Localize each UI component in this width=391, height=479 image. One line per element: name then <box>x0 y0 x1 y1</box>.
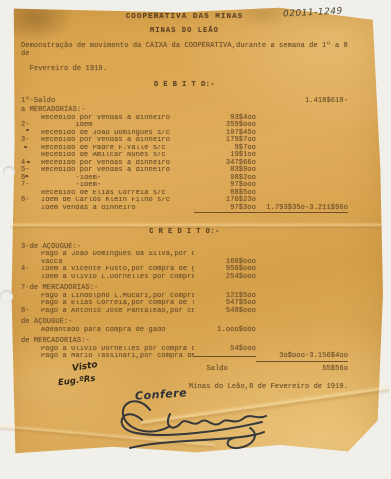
saldo-final-value: 55$56o <box>256 366 348 374</box>
entry-description: Idem de Carlos Klein Filho s/c <box>41 197 194 205</box>
entry-total: 1.793$35o-3.211$96o <box>256 205 348 214</box>
entry-description: Pago a Elias Correia,por compra de lenha <box>41 300 194 308</box>
entry-value: 548$ooo <box>194 308 256 316</box>
ledger-row: Pago a João Domingues da Silva,por compr… <box>21 251 348 259</box>
ledger-row: Saldo55$56o <box>21 366 348 374</box>
ledger-row: 5-Recebido por vendas a dinheiro83$9oo <box>21 167 348 175</box>
statement-intro: Demonstração de movimento da CAIXA da CO… <box>21 43 348 73</box>
ledger-row: de AÇOUGUE:- <box>21 319 348 327</box>
entry-description: Recebido por vendas a dinheiro <box>41 137 194 145</box>
ledger-row: vacca160$ooo <box>21 259 348 267</box>
day-label: 3- <box>21 137 41 145</box>
entry-description: Recebido por vendas a dinheiro <box>41 167 194 175</box>
entry-description: Pago a Mario Tassinari,por compra de fei… <box>41 353 194 361</box>
credit-title: C R E D I T O:- <box>21 229 348 237</box>
ledger-row: 2- idem359$ooo <box>21 122 348 130</box>
debit-title: D E B I T O:- <box>21 82 348 90</box>
debit-entries: a MERCADORIAS:-Recebido por vendas a din… <box>21 107 348 213</box>
saldo-label: 1º-Saldo <box>21 98 194 106</box>
entry-description: -idem- <box>41 182 194 190</box>
ledger-row: Recebido de Elias Correia s/c88$5oo <box>21 190 348 198</box>
ledger-row: 3-de AÇOUGUE:- <box>21 244 348 252</box>
saldo-row: 1º-Saldo 1.418$618- <box>21 98 348 106</box>
entry-description: Pago a Antonio José Pantaleão,por compra… <box>41 308 194 316</box>
entry-description: Recebido por vendas a dinheiro <box>41 160 194 168</box>
ledger-row: Pago a Lindolpho L.Mucari,por compra de … <box>21 293 348 301</box>
entry-value: 54$ooo <box>194 346 256 354</box>
section-label: 7-de MERCADORIAS:- <box>21 285 194 293</box>
entry-description: -idem- <box>41 175 194 183</box>
entry-description: Pago a Lindolpho L.Mucari,por compra de … <box>41 293 194 301</box>
ledger-row: de MERCADORIAS:- <box>21 338 348 346</box>
ledger-row: 8-Pago a Antonio José Pantaleão,por comp… <box>21 308 348 316</box>
signature-flourish <box>108 390 288 465</box>
ledger-row: Pago a Mario Tassinari,por compra de fei… <box>21 353 348 362</box>
section-label: a MERCADORIAS:- <box>21 107 194 115</box>
entry-value <box>194 356 256 357</box>
intro-line1: Demonstração de movimento da CAIXA da CO… <box>21 42 352 58</box>
ledger-row: 4-Recebido por vendas a dinheiro347$66o <box>21 160 348 168</box>
scanned-ledger-page: { "ref_number": "02011-1249", "header": … <box>0 0 391 479</box>
day-label: 4- <box>21 266 41 274</box>
ledger-row: Idem a Olivio L.Dornelles por compra de … <box>21 274 348 282</box>
entry-description: Adeantado para compra de gado <box>41 327 194 335</box>
entry-description: Idem a Vicente Fusto,por compra de gado <box>41 266 194 274</box>
section-label: de MERCADORIAS:- <box>21 338 194 346</box>
entry-description: idem <box>41 122 194 130</box>
ledger-row: Adeantado para compra de gado1.ooo$ooo <box>21 327 348 335</box>
ledger-row: Recebido de Amilcar Nunes s/c19$1oo <box>21 152 348 160</box>
place-title: MINAS DO LEÃO <box>21 28 348 36</box>
entry-description: Recebido de Padre F.Valle s/c <box>41 145 194 153</box>
entry-description: vacca <box>41 259 194 267</box>
punch-hole <box>3 166 15 178</box>
entry-description: Idem vendas a dinheiro <box>41 205 194 213</box>
ledger-row: Recebido de Padre F.Valle s/c9$7oo <box>21 145 348 153</box>
entry-value: 254$ooo <box>194 274 256 282</box>
day-label: 2- <box>21 122 41 130</box>
intro-line2: Fevereiro de 1919. <box>30 65 107 73</box>
ledger-row: Idem vendas a dinheiro97$3oo1.793$35o-3.… <box>21 205 348 214</box>
entry-description: Recebido de João Domingues s/c <box>41 130 194 138</box>
entry-description: Idem a Olivio L.Dornelles por compra de … <box>41 274 194 282</box>
entry-value: 97$3oo <box>194 205 256 214</box>
ledger-row: 7- -idem-97$ooo <box>21 182 348 190</box>
section-label: de AÇOUGUE:- <box>21 319 194 327</box>
saldo-value: 1.418$618- <box>256 98 348 106</box>
ledger-content: COOPERATIVA DAS MINAS MINAS DO LEÃO Demo… <box>21 14 348 392</box>
entry-description: Recebido por vendas a dinheiro <box>41 115 194 123</box>
ledger-row: 7-de MERCADORIAS:- <box>21 285 348 293</box>
ledger-row: Recebido de João Domingues s/c107$45o <box>21 130 348 138</box>
section-label: 3-de AÇOUGUE:- <box>21 244 194 252</box>
credit-entries: 3-de AÇOUGUE:-Pago a João Domingues da S… <box>21 244 348 374</box>
punch-hole <box>0 290 13 303</box>
day-label: 8- <box>21 197 41 205</box>
ledger-row: Recebido por vendas a dinheiro93$4oo <box>21 115 348 123</box>
entry-value: 1.ooo$ooo <box>194 327 256 335</box>
day-label: 7- <box>21 182 41 190</box>
entry-description: Pago a Olivio Dornelles por compra de me… <box>41 346 194 354</box>
ledger-row: a MERCADORIAS:- <box>21 107 348 115</box>
entry-description: Pago a João Domingues da Silva,por compr… <box>41 251 194 259</box>
entry-total: 3o$ooo-3.156$4oo <box>256 353 348 362</box>
entry-description: Recebido de Elias Correia s/c <box>41 190 194 198</box>
day-label: 8- <box>21 308 41 316</box>
ledger-row: 6- -idem-98$2oo <box>21 175 348 183</box>
ledger-row: Pago a Elias Correia,por compra de lenha… <box>21 300 348 308</box>
entry-description: Recebido de Amilcar Nunes s/c <box>41 152 194 160</box>
ledger-row: 3-Recebido por vendas a dinheiro179$7oo <box>21 137 348 145</box>
ledger-row: 4-Idem a Vicente Fusto,por compra de gad… <box>21 266 348 274</box>
